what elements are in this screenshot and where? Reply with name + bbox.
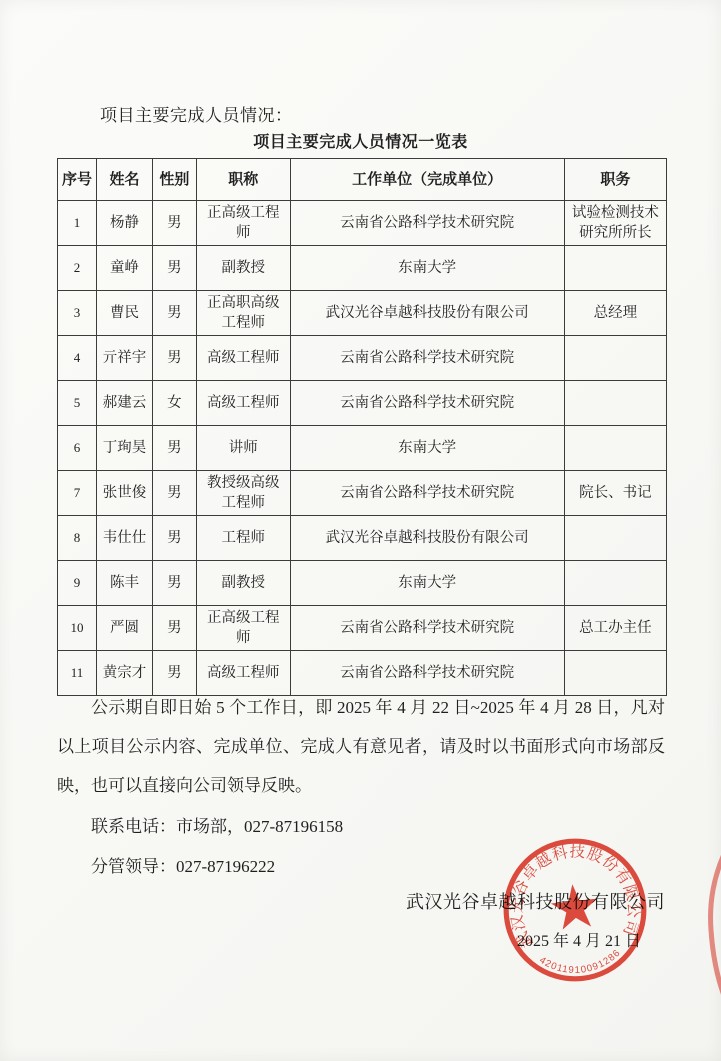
cell-name: 张世俊 bbox=[96, 471, 152, 516]
cell-index: 7 bbox=[58, 471, 97, 516]
cell-org: 云南省公路科学技术研究院 bbox=[290, 606, 564, 651]
cell-duty: 总工办主任 bbox=[564, 606, 666, 651]
cell-duty: 总经理 bbox=[564, 291, 666, 336]
cell-org: 武汉光谷卓越科技股份有限公司 bbox=[290, 291, 564, 336]
intro-line: 项目主要完成人员情况： bbox=[100, 101, 293, 126]
cell-gender: 男 bbox=[152, 561, 196, 606]
cell-gender: 女 bbox=[152, 381, 196, 426]
cell-title: 正高级工程师 bbox=[196, 606, 290, 651]
cell-gender: 男 bbox=[152, 516, 196, 561]
cell-title: 正高职高级工程师 bbox=[196, 291, 290, 336]
cell-duty: 试验检测技术研究所所长 bbox=[564, 201, 666, 246]
cell-duty bbox=[564, 246, 666, 291]
cell-index: 10 bbox=[58, 606, 97, 651]
partial-stamp-mark bbox=[695, 848, 721, 1013]
cell-name: 亓祥宇 bbox=[96, 336, 152, 381]
table-header: 序号 姓名 性别 职称 工作单位（完成单位） 职务 bbox=[58, 159, 667, 201]
cell-org: 东南大学 bbox=[290, 561, 564, 606]
cell-title: 高级工程师 bbox=[196, 336, 290, 381]
cell-gender: 男 bbox=[152, 336, 196, 381]
header-duty: 职务 bbox=[564, 159, 666, 201]
table-title: 项目主要完成人员情况一览表 bbox=[57, 129, 664, 152]
cell-index: 9 bbox=[58, 561, 97, 606]
cell-name: 杨静 bbox=[96, 201, 152, 246]
table-row: 8 韦仕仕 男 工程师 武汉光谷卓越科技股份有限公司 bbox=[58, 516, 667, 561]
header-name: 姓名 bbox=[96, 159, 152, 201]
cell-name: 曹民 bbox=[96, 291, 152, 336]
cell-duty bbox=[564, 381, 666, 426]
header-title: 职称 bbox=[196, 159, 290, 201]
table-row: 10 严圆 男 正高级工程师 云南省公路科学技术研究院 总工办主任 bbox=[58, 606, 667, 651]
cell-gender: 男 bbox=[152, 291, 196, 336]
cell-name: 童峥 bbox=[96, 246, 152, 291]
cell-name: 韦仕仕 bbox=[96, 516, 152, 561]
cell-gender: 男 bbox=[152, 471, 196, 516]
table-row: 3 曹民 男 正高职高级工程师 武汉光谷卓越科技股份有限公司 总经理 bbox=[58, 291, 667, 336]
header-row: 序号 姓名 性别 职称 工作单位（完成单位） 职务 bbox=[58, 159, 667, 201]
cell-index: 3 bbox=[58, 291, 97, 336]
cell-org: 云南省公路科学技术研究院 bbox=[290, 381, 564, 426]
table-row: 4 亓祥宇 男 高级工程师 云南省公路科学技术研究院 bbox=[58, 336, 667, 381]
cell-org: 武汉光谷卓越科技股份有限公司 bbox=[290, 516, 564, 561]
cell-index: 5 bbox=[58, 381, 97, 426]
cell-gender: 男 bbox=[152, 201, 196, 246]
cell-name: 丁珣昊 bbox=[96, 426, 152, 471]
table-row: 6 丁珣昊 男 讲师 东南大学 bbox=[58, 426, 667, 471]
header-index: 序号 bbox=[58, 159, 97, 201]
table-body: 1 杨静 男 正高级工程师 云南省公路科学技术研究院 试验检测技术研究所所长 2… bbox=[58, 201, 667, 696]
cell-duty bbox=[564, 426, 666, 471]
table-row: 1 杨静 男 正高级工程师 云南省公路科学技术研究院 试验检测技术研究所所长 bbox=[58, 201, 667, 246]
cell-index: 2 bbox=[58, 246, 97, 291]
cell-title: 教授级高级工程师 bbox=[196, 471, 290, 516]
cell-org: 云南省公路科学技术研究院 bbox=[290, 201, 564, 246]
cell-duty bbox=[564, 516, 666, 561]
cell-duty bbox=[564, 336, 666, 381]
cell-title: 高级工程师 bbox=[196, 381, 290, 426]
personnel-table: 序号 姓名 性别 职称 工作单位（完成单位） 职务 1 杨静 男 正高级工程师 … bbox=[57, 158, 667, 696]
cell-org: 云南省公路科学技术研究院 bbox=[290, 471, 564, 516]
cell-org: 东南大学 bbox=[290, 426, 564, 471]
header-org: 工作单位（完成单位） bbox=[290, 159, 564, 201]
cell-gender: 男 bbox=[152, 246, 196, 291]
cell-title: 正高级工程师 bbox=[196, 201, 290, 246]
cell-title: 副教授 bbox=[196, 246, 290, 291]
cell-index: 4 bbox=[58, 336, 97, 381]
cell-name: 郝建云 bbox=[96, 381, 152, 426]
table-row: 7 张世俊 男 教授级高级工程师 云南省公路科学技术研究院 院长、书记 bbox=[58, 471, 667, 516]
cell-index: 8 bbox=[58, 516, 97, 561]
table-row: 2 童峥 男 副教授 东南大学 bbox=[58, 246, 667, 291]
cell-index: 1 bbox=[58, 201, 97, 246]
cell-gender: 男 bbox=[152, 426, 196, 471]
table-row: 9 陈丰 男 副教授 东南大学 bbox=[58, 561, 667, 606]
cell-title: 工程师 bbox=[196, 516, 290, 561]
cell-org: 东南大学 bbox=[290, 246, 564, 291]
cell-name: 严圆 bbox=[96, 606, 152, 651]
cell-gender: 男 bbox=[152, 606, 196, 651]
cell-org: 云南省公路科学技术研究院 bbox=[290, 336, 564, 381]
document-page: 项目主要完成人员情况： 项目主要完成人员情况一览表 序号 姓名 性别 职称 工作… bbox=[0, 0, 721, 1061]
header-gender: 性别 bbox=[152, 159, 196, 201]
cell-title: 副教授 bbox=[196, 561, 290, 606]
table-row: 5 郝建云 女 高级工程师 云南省公路科学技术研究院 bbox=[58, 381, 667, 426]
contact-phone-line: 联系电话：市场部，027-87196158 bbox=[57, 812, 665, 837]
company-seal: 武汉光谷卓越科技股份有限公司 42011910091286 bbox=[494, 829, 657, 992]
cell-duty: 院长、书记 bbox=[564, 471, 666, 516]
cell-name: 陈丰 bbox=[96, 561, 152, 606]
cell-title: 讲师 bbox=[196, 426, 290, 471]
cell-duty bbox=[564, 561, 666, 606]
seal-star bbox=[549, 882, 600, 931]
cell-index: 6 bbox=[58, 426, 97, 471]
notice-paragraph: 公示期自即日始 5 个工作日，即 2025 年 4 月 22 日~2025 年 … bbox=[57, 688, 665, 805]
